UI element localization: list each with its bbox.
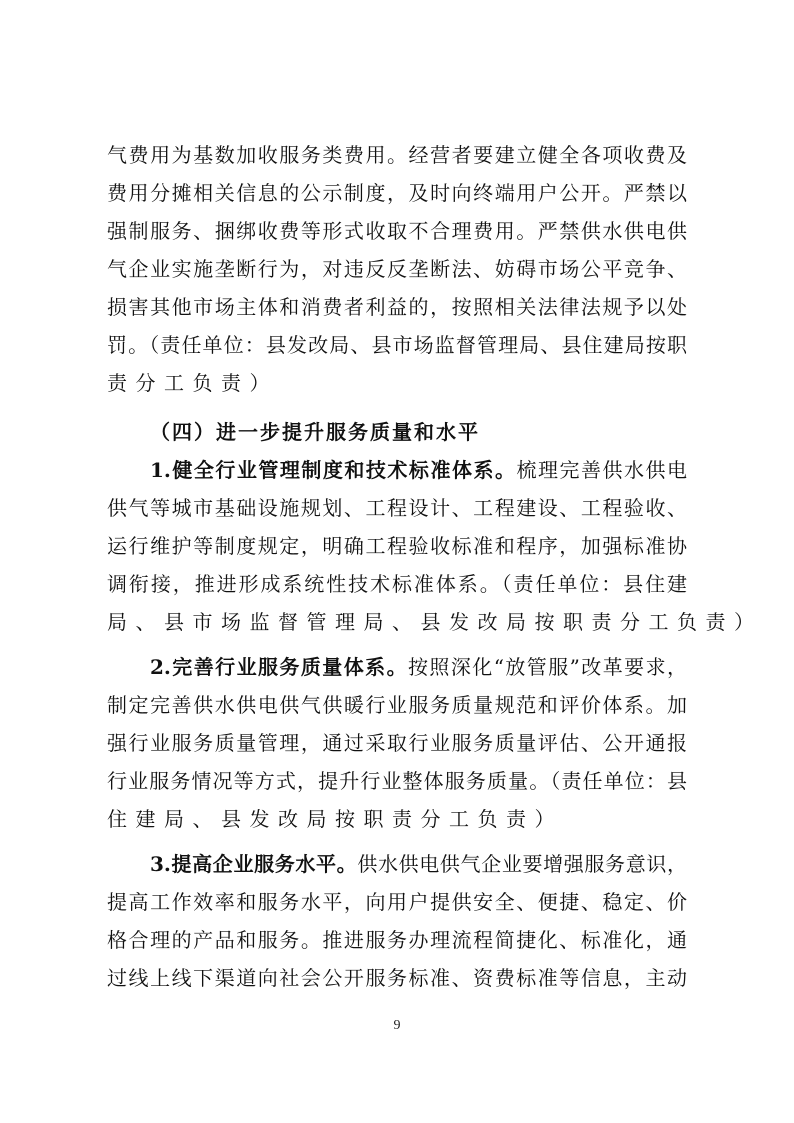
paragraph-line: 格合理的产品和服务。推进服务办理流程简捷化、标准化，通 <box>107 925 687 955</box>
paragraph-line: 气费用为基数加收服务类费用。经营者要建立健全各项收费及 <box>107 140 687 170</box>
item-1-title: 1.健全行业管理制度和技术标准体系。 <box>150 458 516 482</box>
page-number: 9 <box>0 1018 794 1034</box>
item-2-title: 2.完善行业服务质量体系。 <box>150 655 408 679</box>
document-page: 气费用为基数加收服务类费用。经营者要建立健全各项收费及 费用分摊相关信息的公示制… <box>0 0 794 1123</box>
paragraph-line: 住建局、县发改局按职责分工负责） <box>107 804 687 834</box>
paragraph-line: 供气等城市基础设施规划、工程设计、工程建设、工程验收、 <box>107 493 687 523</box>
section-heading: （四）进一步提升服务质量和水平 <box>150 417 480 447</box>
paragraph-line: 行业服务情况等方式，提升行业整体服务质量。（责任单位：县 <box>107 766 687 796</box>
paragraph-line: 强行业服务质量管理，通过采取行业服务质量评估、公开通报 <box>107 728 687 758</box>
item-3-text: 供水供电供气企业要增强服务意识， <box>357 852 687 876</box>
paragraph-line: 过线上线下渠道向社会公开服务标准、资费标准等信息，主动 <box>107 963 687 993</box>
paragraph-line: 提高工作效率和服务水平，向用户提供安全、便捷、稳定、价 <box>107 887 687 917</box>
item-2-text: 按照深化“放管服”改革要求， <box>408 655 687 679</box>
paragraph-line: 制定完善供水供电供气供暖行业服务质量规范和评价体系。加 <box>107 690 687 720</box>
item-2-first-line: 2.完善行业服务质量体系。按照深化“放管服”改革要求， <box>150 652 687 682</box>
item-1-text: 梳理完善供水供电 <box>516 458 687 482</box>
paragraph-line: 强制服务、捆绑收费等形式收取不合理费用。严禁供水供电供 <box>107 216 687 246</box>
item-3-first-line: 3.提高企业服务水平。供水供电供气企业要增强服务意识， <box>150 849 687 879</box>
paragraph-line: 气企业实施垄断行为，对违反反垄断法、妨碍市场公平竞争、 <box>107 254 687 284</box>
paragraph-line: 损害其他市场主体和消费者利益的，按照相关法律法规予以处 <box>107 292 687 322</box>
item-3-title: 3.提高企业服务水平。 <box>150 852 357 876</box>
item-1-first-line: 1.健全行业管理制度和技术标准体系。梳理完善供水供电 <box>150 455 687 485</box>
paragraph-line: 运行维护等制度规定，明确工程验收标准和程序，加强标准协 <box>107 531 687 561</box>
paragraph-line: 局、县市场监督管理局、县发改局按职责分工负责） <box>107 607 687 637</box>
paragraph-line: 罚。（责任单位：县发改局、县市场监督管理局、县住建局按职 <box>107 330 687 360</box>
paragraph-line: 费用分摊相关信息的公示制度，及时向终端用户公开。严禁以 <box>107 178 687 208</box>
paragraph-line: 调衔接，推进形成系统性技术标准体系。（责任单位：县住建 <box>107 569 687 599</box>
paragraph-line: 责分工负责） <box>107 368 687 398</box>
